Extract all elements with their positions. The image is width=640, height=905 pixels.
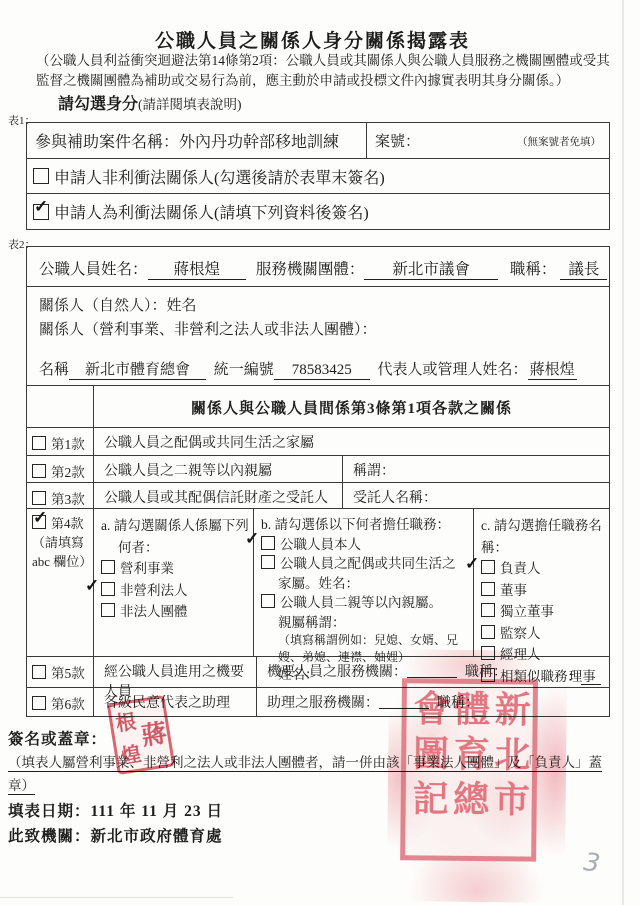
checkbox-second-degree-kin <box>261 594 275 608</box>
job-title-value: 議長 <box>560 261 607 280</box>
checkbox-clause4 <box>32 515 46 529</box>
relation-header-title: 關係人與公職人員間係第3條第1項各款之關係 <box>94 386 609 427</box>
clause4-col-a: a. 請勾選關係人係屬下列何者： 營利事業 非營利法人 非法人團體 <box>94 509 254 656</box>
label-official-self: 公職人員本人 <box>280 537 361 552</box>
clause4-col-c: c. 請勾選擔任職務名稱： 負責人 董事 獨立董事 監察人 經理人 相類似職務：… <box>474 509 609 656</box>
clause3-row: 第3款 公職人員或其配偶信託財產之受託人 受託人名稱： <box>27 483 609 509</box>
entity-name-value: 新北市體育總會 <box>69 362 206 380</box>
label-director: 董事 <box>500 583 527 598</box>
option-not-related-row: 申請人非利衝法關係人(勾選後請於表單末簽名) <box>27 159 609 194</box>
checkbox-clause1 <box>32 436 46 450</box>
clause1-num: 第1款 <box>51 437 85 452</box>
clause5-extra-label: 機要人員之服務機關： <box>267 665 407 680</box>
case-name-cell: 參與補助案件名稱：外內丹功幹部移地訓練 <box>27 123 367 158</box>
related-entity-line: 關係人（營利事業、非營利之法人或非法人團體）： <box>39 318 609 342</box>
col-a-title: a. 請勾選關係人係屬下列何者： <box>101 515 249 558</box>
checkbox-is-related <box>33 204 49 220</box>
checkbox-official-self <box>261 536 275 550</box>
case-number-cell: 案號： （無案號者免填） <box>367 123 609 158</box>
clause2-row: 第2款 公職人員之二親等以內親屬 稱謂： <box>27 456 609 483</box>
col-c-title: c. 請勾選擔任職務名稱： <box>481 515 607 558</box>
clause5-desc: 經公職人員進用之機要人員 <box>94 657 257 687</box>
label-profit-business: 營利事業 <box>120 561 174 576</box>
case-number-label: 案號： <box>375 130 420 158</box>
label-supervisor: 監察人 <box>500 626 541 641</box>
disclosure-form-page: 公職人員之關係人身分關係揭露表 （公職人員利益衝突迴避法第14條第2項：公職人員… <box>0 0 640 905</box>
personal-seal-char-bottom: 煌 <box>119 737 143 769</box>
clause3-num: 第3款 <box>51 492 85 507</box>
rep-name-value: 蔣根煌 <box>528 362 577 380</box>
instruction-main: 請勾選身分 <box>58 96 138 113</box>
clause4-note-line2: abc 欄位） <box>32 552 91 571</box>
label-spouse-family: 公職人員之配偶或共同生活之家屬。姓名： <box>278 556 456 591</box>
clause2-num: 第2款 <box>51 465 85 480</box>
label-nonprofit-legal-person: 非營利法人 <box>120 583 188 598</box>
personal-seal-char-top: 根 <box>113 705 137 737</box>
official-name-value: 蔣根煌 <box>148 261 247 280</box>
relation-header-row: 關係人與公職人員間係第3條第1項各款之關係 <box>27 386 609 428</box>
clause4-cell: 第4款 （請填寫 abc 欄位） <box>27 509 94 656</box>
page-title: 公職人員之關係人身分關係揭露表 <box>0 26 625 53</box>
official-row: 公職人員姓名：蔣根煌 服務機關團體：新北市議會 職稱：議長 <box>27 247 609 287</box>
official-name-label: 公職人員姓名： <box>39 261 148 278</box>
clause4-col-b: b. 請勾選係以下何者擔任職務： 公職人員本人 公職人員之配偶或共同生活之家屬。… <box>254 509 474 656</box>
scan-edge-right <box>622 0 624 905</box>
related-person-cell: 關係人（自然人）：姓名 關係人（營利事業、非營利之法人或非法人團體）： 名稱新北… <box>27 287 609 385</box>
table2: 公職人員姓名：蔣根煌 服務機關團體：新北市議會 職稱：議長 關係人（自然人）：姓… <box>26 246 610 386</box>
relation-header-empty-cell <box>27 386 94 427</box>
col-b-title: b. 請勾選係以下何者擔任職務： <box>261 515 467 535</box>
organization-seal: 新北市 體育總 會圖記 <box>387 649 568 903</box>
checkbox-supervisor <box>481 625 495 639</box>
pencil-mark: 3 <box>582 847 602 878</box>
org-seal-column-middle: 體育總 <box>450 690 488 850</box>
checkbox-independent-director <box>481 603 495 617</box>
clause3-desc: 公職人員或其配偶信託財產之受託人 <box>94 483 343 508</box>
org-seal-column-left: 會圖記 <box>410 689 448 849</box>
checkbox-spouse-family <box>261 555 275 569</box>
rep-name-label: 代表人或管理人姓名： <box>378 362 528 378</box>
case-name-label: 參與補助案件名稱： <box>35 134 179 151</box>
label-independent-director: 獨立董事 <box>500 604 554 619</box>
kin-title-label: 親屬稱謂： <box>261 613 467 633</box>
clause5-cell: 第5款 <box>27 657 94 687</box>
agency-label: 服務機關團體： <box>256 261 365 278</box>
case-name-value: 外內丹功幹部移地訓練 <box>179 134 339 151</box>
option-is-related-row: 申請人為利衝法關係人(請填下列資料後簽名) <box>27 194 609 229</box>
checkbox-nonprofit-legal-person <box>101 582 115 596</box>
checkbox-director <box>481 582 495 596</box>
job-title-label: 職稱： <box>510 261 557 278</box>
case-number-note: （無案號者免填） <box>517 130 601 158</box>
checkbox-clause6 <box>32 696 46 710</box>
agency-value: 新北市議會 <box>364 261 498 280</box>
scan-edge-bottom <box>0 897 233 898</box>
clause1-desc: 公職人員之配偶或共同生活之家屬 <box>94 428 609 455</box>
uid-label: 統一編號 <box>214 362 274 378</box>
clause2-extra: 稱謂： <box>343 456 609 482</box>
clause4-row: 第4款 （請填寫 abc 欄位） a. 請勾選關係人係屬下列何者： 營利事業 非… <box>27 509 609 657</box>
option-is-related-label: 申請人為利衝法關係人(請填下列資料後簽名) <box>54 200 369 223</box>
checkbox-not-related <box>33 168 49 184</box>
label-second-degree-kin: 公職人員二親等以內親屬。 <box>280 595 442 610</box>
option-not-related-label: 申請人非利衝法關係人(勾選後請於表單末簽名) <box>54 165 385 188</box>
table1: 參與補助案件名稱：外內丹功幹部移地訓練 案號： （無案號者免填） 申請人非利衝法… <box>26 122 610 230</box>
legal-basis-note: （公職人員利益衝突迴避法第14條第2項：公職人員或其關係人與公職人員服務之機關團… <box>36 51 612 90</box>
checkbox-person-in-charge <box>481 560 495 574</box>
clause1-cell: 第1款 <box>27 428 94 455</box>
checkbox-non-legal-group <box>101 603 115 617</box>
clause6-num: 第6款 <box>51 697 85 712</box>
clause5-num: 第5款 <box>51 666 85 681</box>
clause3-extra: 受託人名稱： <box>343 483 609 508</box>
instruction-sub: (請詳閱填表說明) <box>138 97 242 112</box>
uid-value: 78583425 <box>274 362 370 380</box>
clause6-cell: 第6款 <box>27 688 94 716</box>
organization-seal-face: 新北市 體育總 會圖記 <box>400 678 538 861</box>
checkbox-clause5 <box>32 665 46 679</box>
label-person-in-charge: 負責人 <box>500 561 541 576</box>
checkbox-clause3 <box>32 491 46 505</box>
clause3-cell: 第3款 <box>27 483 94 508</box>
personal-seal: 蔣 根 煌 <box>107 695 176 775</box>
clause2-cell: 第2款 <box>27 456 94 482</box>
clause2-desc: 公職人員之二親等以內親屬 <box>94 456 343 482</box>
checkbox-profit-business <box>101 560 115 574</box>
entity-name-label: 名稱 <box>39 362 69 378</box>
label-non-legal-group: 非法人團體 <box>120 604 188 619</box>
entity-detail-line: 名稱新北市體育總會 統一編號78583425 代表人或管理人姓名：蔣根煌 <box>39 358 609 382</box>
clause1-row: 第1款 公職人員之配偶或共同生活之家屬 <box>27 428 609 456</box>
clause4-note-line1: （請填寫 <box>32 533 91 552</box>
org-seal-column-right: 新北市 <box>491 690 529 850</box>
related-natural-line: 關係人（自然人）：姓名 <box>39 294 609 318</box>
signature-label: 簽名或蓋章： <box>8 727 107 749</box>
clause4-num: 第4款 <box>51 516 84 531</box>
identity-instruction: 請勾選身分(請詳閱填表說明) <box>58 91 242 114</box>
checkbox-clause2 <box>32 464 46 478</box>
addressed-agency: 此致機關：新北市政府體育處 <box>8 824 223 846</box>
clause6-extra-label: 助理之服務機關： <box>267 696 379 711</box>
fill-date: 填表日期：111 年 11 月 23 日 <box>8 799 223 821</box>
case-row: 參與補助案件名稱：外內丹功幹部移地訓練 案號： （無案號者免填） <box>27 123 609 159</box>
